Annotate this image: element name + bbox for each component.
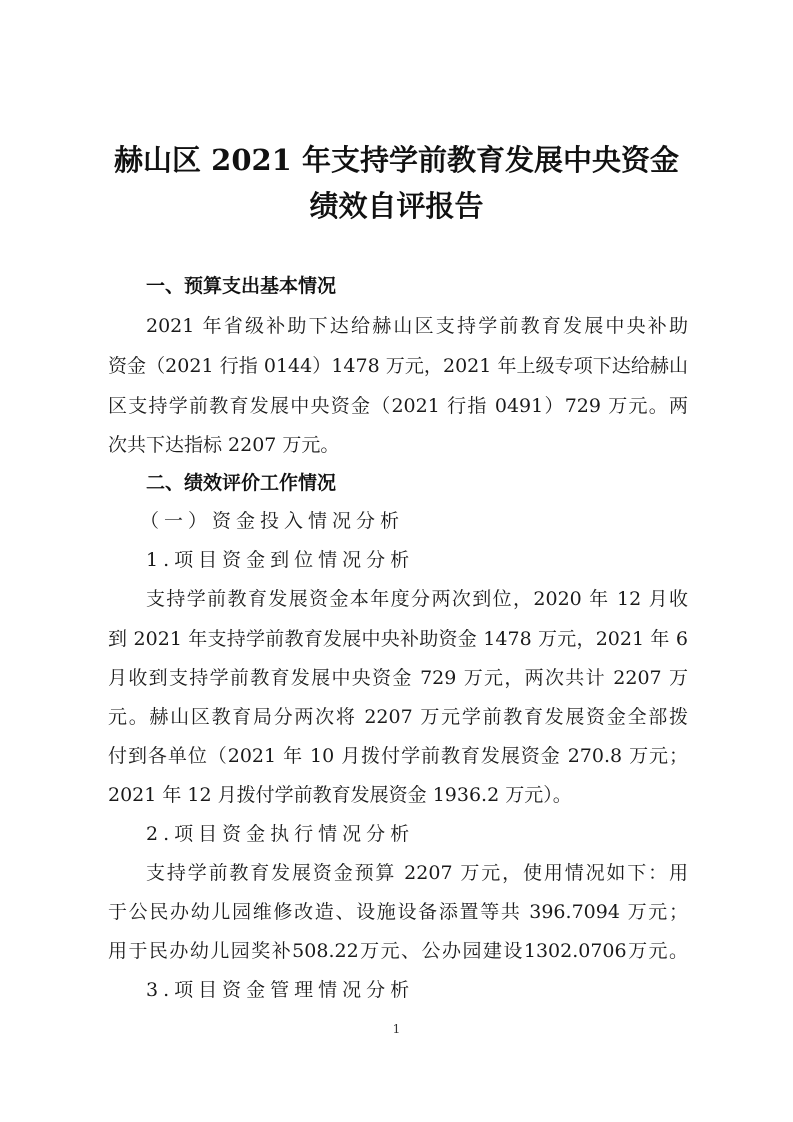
paragraph-line: 元。赫山区教育局分两次将 2207 万元学前教育发展资金全部拨 [108,703,688,731]
document-title-line-2: 绩效自评报告 [0,186,793,226]
document-page: 赫山区 2021 年支持学前教育发展中央资金 绩效自评报告 一、预算支出基本情况… [0,0,793,1122]
paragraph-line: 支持学前教育发展资金本年度分两次到位，2020 年 12 月收 [146,585,688,613]
paragraph-line: 于公民办幼儿园维修改造、设施设备添置等共 396.7094 万元； [108,898,688,926]
section-heading-evaluation: 二、绩效评价工作情况 [146,469,688,497]
paragraph-line: 次共下达指标 2207 万元。 [108,431,688,459]
paragraph-line: 资金（2021 行指 0144）1478 万元，2021 年上级专项下达给赫山 [108,352,688,380]
item-heading-funds-arrival: 1.项目资金到位情况分析 [146,546,688,574]
paragraph-line: 2021 年省级补助下达给赫山区支持学前教育发展中央补助 [146,312,688,340]
paragraph-line: 用于民办幼儿园奖补508.22万元、公办园建设1302.0706万元。 [108,937,688,965]
page-number: 1 [0,1022,793,1036]
paragraph-line: 区支持学前教育发展中央资金（2021 行指 0491）729 万元。两 [108,392,688,420]
item-heading-funds-execution: 2.项目资金执行情况分析 [146,820,688,848]
document-title-line-1: 赫山区 2021 年支持学前教育发展中央资金 [0,140,793,180]
paragraph-line: 2021 年 12 月拨付学前教育发展资金 1936.2 万元）。 [108,781,688,809]
section-heading-budget: 一、预算支出基本情况 [146,272,688,300]
paragraph-line: 支持学前教育发展资金预算 2207 万元，使用情况如下：用 [146,859,688,887]
paragraph-line: 月收到支持学前教育发展中央资金 729 万元，两次共计 2207 万 [108,664,688,692]
item-heading-funds-management: 3.项目资金管理情况分析 [146,976,688,1004]
subsection-heading-investment: （一）资金投入情况分析 [140,507,720,535]
paragraph-line: 付到各单位（2021 年 10 月拨付学前教育发展资金 270.8 万元； [108,742,688,770]
paragraph-line: 到 2021 年支持学前教育发展中央补助资金 1478 万元，2021 年 6 [108,625,688,653]
